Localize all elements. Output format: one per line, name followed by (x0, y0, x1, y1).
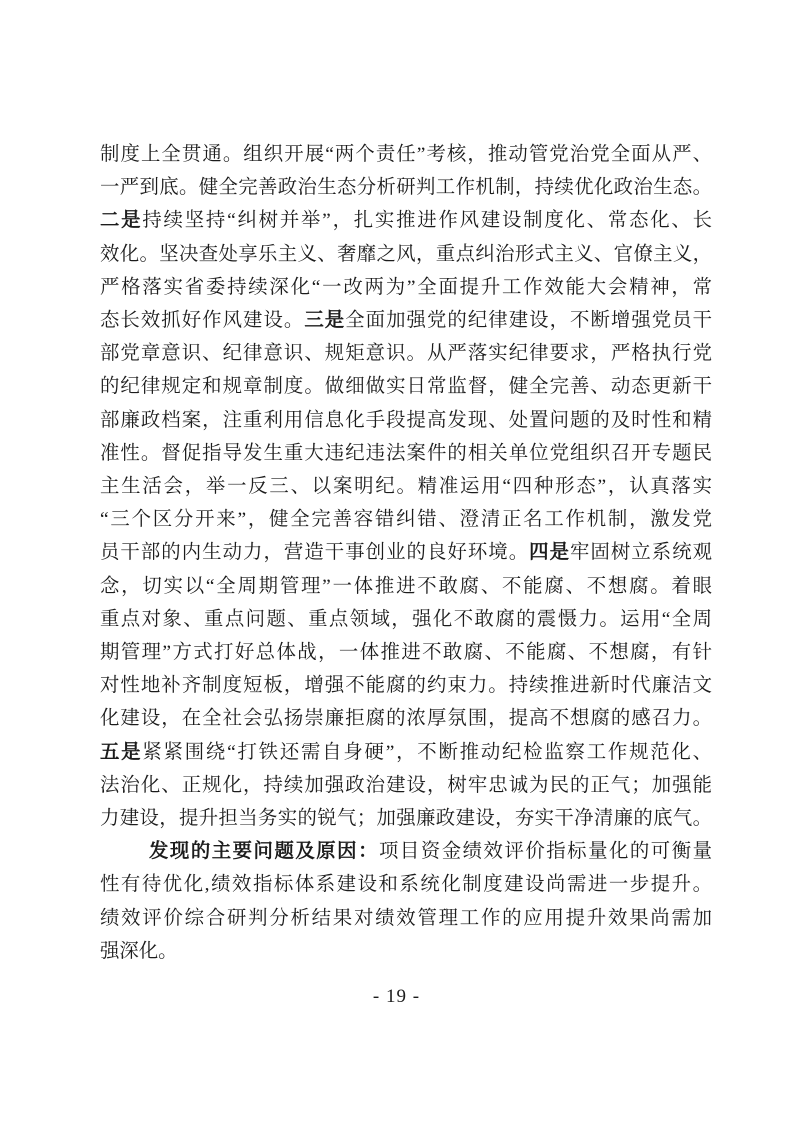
bold-text-run: 四是 (529, 542, 570, 563)
text-line: 五是紧紧围绕“打铁还需自身硬”，不断推动纪检监察工作规范化、 (100, 736, 712, 769)
text-line: 对性地补齐制度短板，增强不能腐的约束力。持续推进新时代廉洁文 (100, 669, 712, 702)
text-line: 准性。督促指导发生重大违纪违法案件的相关单位党组织召开专题民 (100, 437, 712, 470)
text-run: 部廉政档案，注重利用信息化手段提高发现、处置问题的及时性和精 (100, 410, 712, 431)
text-run: 牢固树立系统观 (570, 542, 712, 563)
text-line: 化建设，在全社会弘扬崇廉拒腐的浓厚氛围，提高不想腐的感召力。 (100, 702, 712, 735)
document-page: 制度上全贯通。组织开展“两个责任”考核，推动管党治党全面从严、一严到底。健全完善… (0, 0, 793, 1122)
text-run: 法治化、正规化，持续加强政治建设，树牢忠诚为民的正气；加强能 (100, 775, 712, 796)
bold-text-run: 三是 (304, 310, 345, 331)
text-line: 员干部的内生动力，营造干事创业的良好环境。四是牢固树立系统观 (100, 536, 712, 569)
text-line: 主生活会，举一反三、以案明纪。精准运用“四种形态”，认真落实 (100, 470, 712, 503)
text-run: 念，切实以“全周期管理”一体推进不敢腐、不能腐、不想腐。着眼 (100, 576, 712, 597)
text-line: 念，切实以“全周期管理”一体推进不敢腐、不能腐、不想腐。着眼 (100, 570, 712, 603)
text-line: 绩效评价综合研判分析结果对绩效管理工作的应用提升效果尚需加 (100, 902, 712, 935)
text-line: 重点对象、重点问题、重点领域，强化不敢腐的震慑力。运用“全周 (100, 603, 712, 636)
text-line: 力建设，提升担当务实的锐气；加强廉政建设，夯实干净清廉的底气。 (100, 802, 712, 835)
text-line: 制度上全贯通。组织开展“两个责任”考核，推动管党治党全面从严、 (100, 138, 712, 171)
text-line: 严格落实省委持续深化“一改两为”全面提升工作效能大会精神，常 (100, 271, 712, 304)
text-run: 制度上全贯通。组织开展“两个责任”考核，推动管党治党全面从严、 (100, 144, 712, 165)
text-run: 部党章意识、纪律意识、规矩意识。从严落实纪律要求，严格执行党 (100, 343, 712, 364)
text-run: 准性。督促指导发生重大违纪违法案件的相关单位党组织召开专题民 (100, 443, 712, 464)
text-line: 发现的主要问题及原因：项目资金绩效评价指标量化的可衡量 (100, 835, 712, 868)
text-line: “三个区分开来”，健全完善容错纠错、澄清正名工作机制，激发党 (100, 503, 712, 536)
text-run: 紧紧围绕“打铁还需自身硬”，不断推动纪检监察工作规范化、 (142, 742, 712, 763)
text-run: 主生活会，举一反三、以案明纪。精准运用“四种形态”，认真落实 (100, 476, 712, 497)
text-line: 二是持续坚持“纠树并举”，扎实推进作风建设制度化、常态化、长 (100, 204, 712, 237)
text-line: 部党章意识、纪律意识、规矩意识。从严落实纪律要求，严格执行党 (100, 337, 712, 370)
text-run: 对性地补齐制度短板，增强不能腐的约束力。持续推进新时代廉洁文 (100, 675, 712, 696)
text-run: 项目资金绩效评价指标量化的可衡量 (379, 841, 712, 862)
text-run: 一严到底。健全完善政治生态分析研判工作机制，持续优化政治生态。 (100, 177, 712, 198)
text-line: 强深化。 (100, 935, 712, 968)
text-run: 重点对象、重点问题、重点领域，强化不敢腐的震慑力。运用“全周 (100, 609, 712, 630)
bold-text-run: 发现的主要问题及原因： (149, 841, 379, 862)
text-line: 性有待优化,绩效指标体系建设和系统化制度建设尚需进一步提升。 (100, 868, 712, 901)
text-run: 态长效抓好作风建设。 (100, 310, 304, 331)
text-run: 全面加强党的纪律建设，不断增强党员干 (345, 310, 712, 331)
text-line: 一严到底。健全完善政治生态分析研判工作机制，持续优化政治生态。 (100, 171, 712, 204)
text-run: 绩效评价综合研判分析结果对绩效管理工作的应用提升效果尚需加 (100, 908, 712, 929)
text-line: 效化。坚决查处享乐主义、奢靡之风，重点纠治形式主义、官僚主义， (100, 238, 712, 271)
text-run: 效化。坚决查处享乐主义、奢靡之风，重点纠治形式主义、官僚主义， (100, 244, 712, 265)
text-run: 力建设，提升担当务实的锐气；加强廉政建设，夯实干净清廉的底气。 (100, 808, 712, 829)
text-run: 强深化。 (100, 941, 178, 962)
text-run: 员干部的内生动力，营造干事创业的良好环境。 (100, 542, 529, 563)
text-line: 部廉政档案，注重利用信息化手段提高发现、处置问题的及时性和精 (100, 404, 712, 437)
text-run: “三个区分开来”，健全完善容错纠错、澄清正名工作机制，激发党 (100, 509, 712, 530)
document-body: 制度上全贯通。组织开展“两个责任”考核，推动管党治党全面从严、一严到底。健全完善… (100, 138, 712, 968)
bold-text-run: 五是 (100, 742, 142, 763)
text-line: 的纪律规定和规章制度。做细做实日常监督，健全完善、动态更新干 (100, 370, 712, 403)
text-run: 严格落实省委持续深化“一改两为”全面提升工作效能大会精神，常 (100, 277, 712, 298)
text-run: 期管理”方式打好总体战，一体推进不敢腐、不能腐、不想腐，有针 (100, 642, 712, 663)
text-run: 持续坚持“纠树并举”，扎实推进作风建设制度化、常态化、长 (142, 210, 712, 231)
page-number: - 19 - (0, 986, 793, 1008)
text-line: 法治化、正规化，持续加强政治建设，树牢忠诚为民的正气；加强能 (100, 769, 712, 802)
text-line: 期管理”方式打好总体战，一体推进不敢腐、不能腐、不想腐，有针 (100, 636, 712, 669)
text-run: 化建设，在全社会弘扬崇廉拒腐的浓厚氛围，提高不想腐的感召力。 (100, 708, 712, 729)
text-run: 性有待优化,绩效指标体系建设和系统化制度建设尚需进一步提升。 (100, 874, 712, 895)
text-line: 态长效抓好作风建设。三是全面加强党的纪律建设，不断增强党员干 (100, 304, 712, 337)
text-run: 的纪律规定和规章制度。做细做实日常监督，健全完善、动态更新干 (100, 376, 712, 397)
bold-text-run: 二是 (100, 210, 142, 231)
